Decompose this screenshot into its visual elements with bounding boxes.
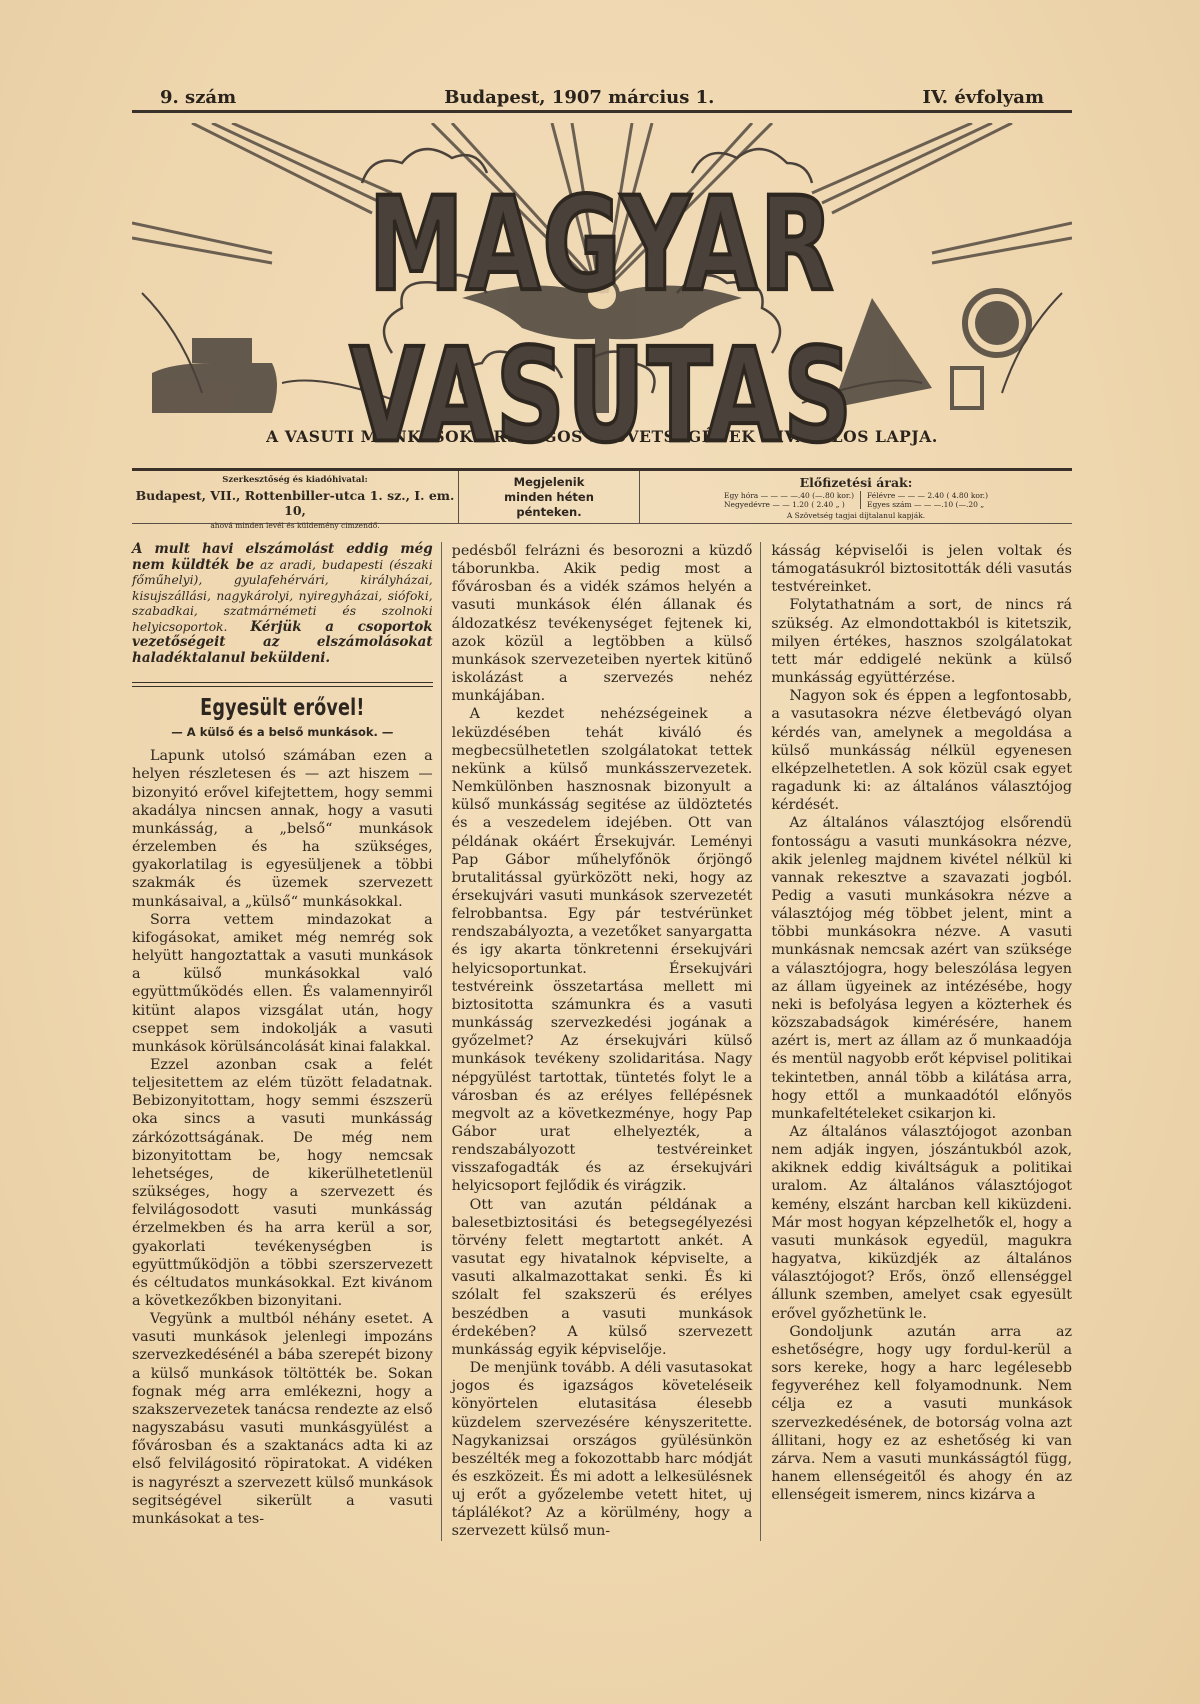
schedule-line: minden héten — [459, 490, 639, 505]
prices-note: A Szövetség tagjai díjtalanul kapják. — [640, 511, 1072, 520]
office-address: Budapest, VII., Rottenbiller-utca 1. sz.… — [132, 488, 458, 518]
office-label: Szerkesztőség és kiadóhivatal: — [132, 475, 458, 485]
paragraph: Gondoljunk azután arra az eshetőségre, h… — [771, 1323, 1072, 1505]
paragraph: Ott van azután példának a balesetbiztosi… — [452, 1196, 753, 1359]
paragraph: Az általános választójog elsőrendü fonto… — [771, 814, 1072, 1123]
paragraph: Ezzel azonban csak a felét teljesitettem… — [132, 1056, 433, 1310]
paragraph: Folytathatnám a sort, de nincs rá szüksé… — [771, 596, 1072, 687]
office-info: Szerkesztőség és kiadóhivatal: Budapest,… — [132, 471, 459, 523]
schedule-info: Megjelenik minden héten pénteken. — [459, 471, 640, 523]
newspaper-page: 9. szám Budapest, 1907 március 1. IV. év… — [132, 84, 1072, 1541]
schedule-line: pénteken. — [459, 505, 639, 520]
price-row: Félévre — — — 2.40 ( 4.80 kor.) — [867, 491, 988, 500]
prices-title: Előfizetési árak: — [640, 475, 1072, 490]
paragraph: Nagyon sok és éppen a legfontosabb, a va… — [771, 687, 1072, 814]
prices-table: Egy hóra — — — —.40 (—.80 kor.) Negyedév… — [640, 491, 1072, 509]
article-title: Egyesült erővel! — [155, 699, 411, 717]
paragraph: Az általános választójogot azonban nem a… — [771, 1123, 1072, 1323]
paragraph: Lapunk utolsó számában ezen a helyen rés… — [132, 747, 433, 910]
article-columns: A mult havi elszámolást eddig még nem kü… — [132, 542, 1072, 1541]
newspaper-logo: MAGYAR VASUTAS — [132, 123, 1072, 413]
paragraph: kásság képviselői is jelen voltak és tám… — [771, 542, 1072, 596]
column-1: A mult havi elszámolást eddig még nem kü… — [132, 542, 441, 1541]
publication-info-bar: Szerkesztőség és kiadóhivatal: Budapest,… — [132, 468, 1072, 523]
volume: IV. évfolyam — [923, 87, 1044, 108]
section-divider — [132, 682, 433, 687]
notice-box: A mult havi elszámolást eddig még nem kü… — [132, 542, 433, 666]
article-subtitle: — A külső és a belső munkások. — — [132, 723, 433, 741]
issue-number: 9. szám — [160, 87, 236, 108]
schedule-line: Megjelenik — [459, 475, 639, 490]
paragraph: pedésből felrázni és besorozni a küzdő t… — [452, 542, 753, 705]
column-3: kásság képviselői is jelen voltak és tám… — [760, 542, 1072, 1541]
subscription-prices: Előfizetési árak: Egy hóra — — — —.40 (—… — [640, 471, 1072, 523]
paragraph: De menjünk tovább. A déli vasutasokat jo… — [452, 1359, 753, 1541]
price-row: Egyes szám — — —.10 (—.20 „ — [867, 500, 988, 509]
price-row: Egy hóra — — — —.40 (—.80 kor.) — [724, 491, 854, 500]
column-2: pedésből felrázni és besorozni a küzdő t… — [441, 542, 761, 1541]
paragraph: A kezdet nehézségeinek a leküzdésében te… — [452, 705, 753, 1195]
price-row: Negyedévre — — 1.20 ( 2.40 „ ) — [724, 500, 854, 509]
logo-title: MAGYAR VASUTAS — [132, 169, 1072, 471]
dateline: Budapest, 1907 március 1. — [444, 87, 714, 108]
masthead-rule — [132, 110, 1072, 113]
masthead-header: 9. szám Budapest, 1907 március 1. IV. év… — [132, 84, 1072, 108]
paragraph: Sorra vettem mindazokat a kifogásokat, a… — [132, 911, 433, 1056]
office-note: ahová minden levél és küldemény cimzendő… — [132, 521, 458, 530]
paragraph: Vegyünk a multból néhány esetet. A vasut… — [132, 1310, 433, 1528]
